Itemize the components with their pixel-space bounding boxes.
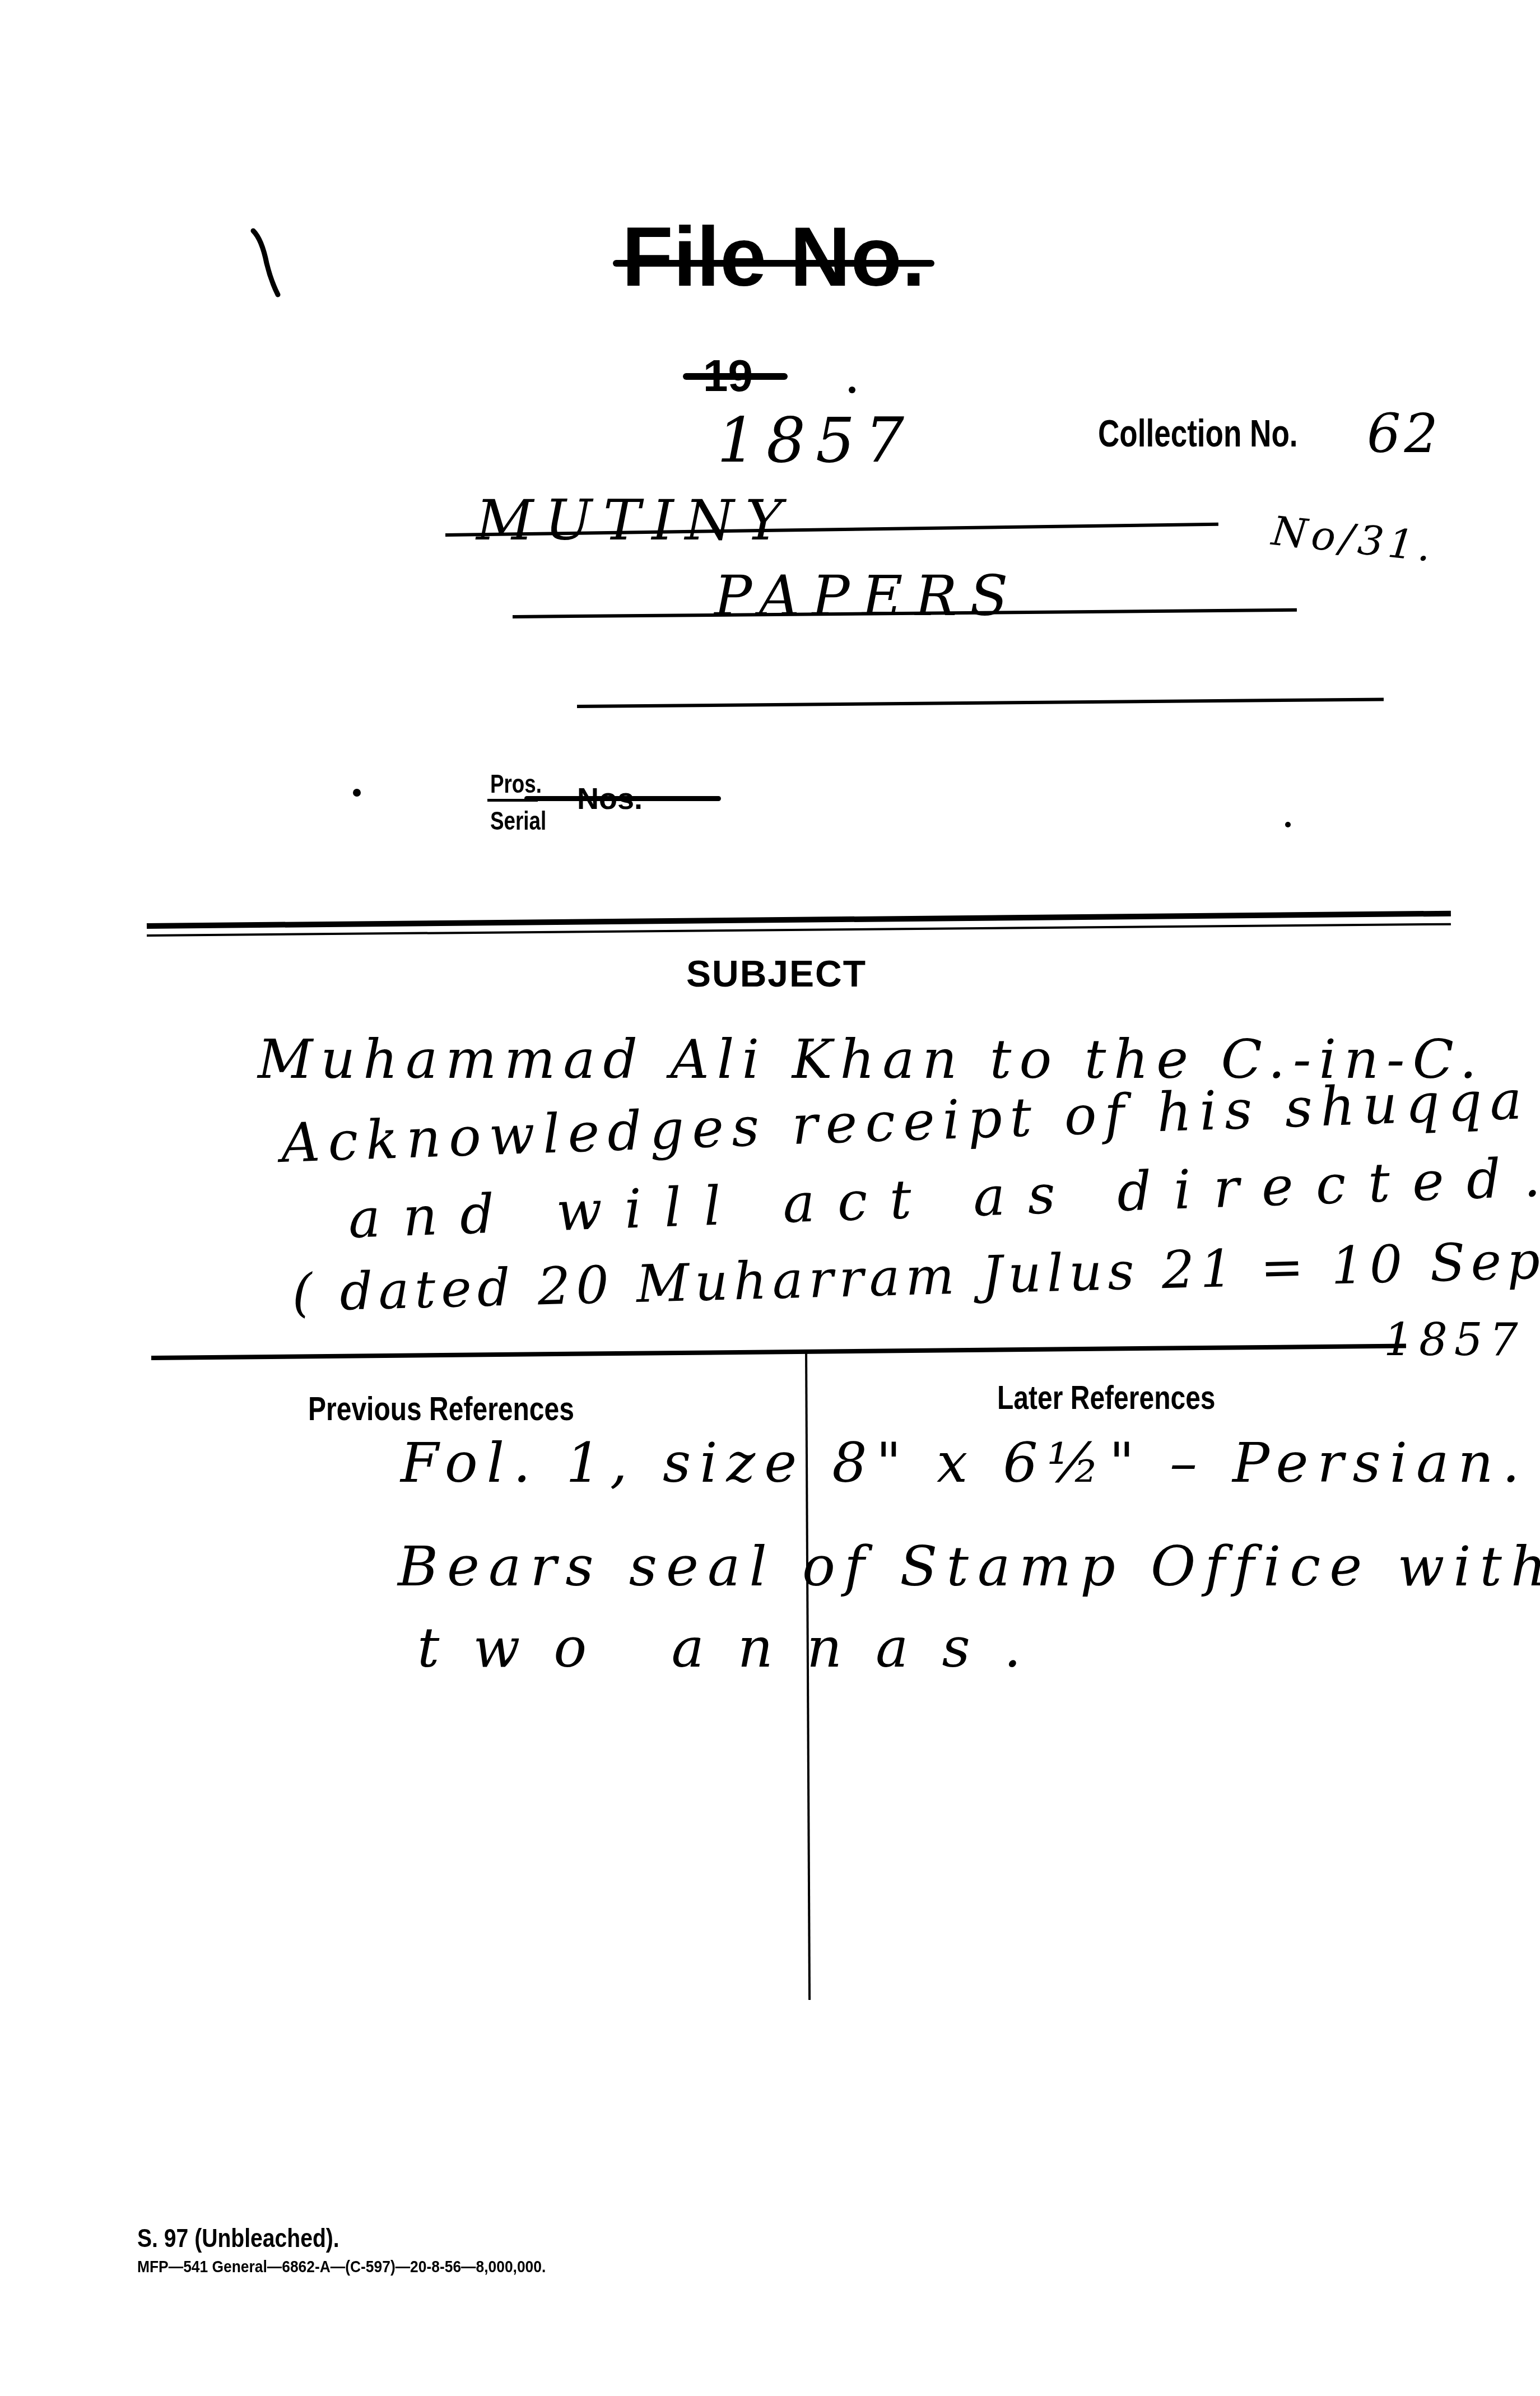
reference-note-line-3: two annas. bbox=[417, 1616, 1055, 1680]
collection-number-label: Collection No. bbox=[1098, 412, 1298, 455]
file-number-heading-text: File No. bbox=[622, 208, 925, 305]
sub-number-value: No/31. bbox=[1269, 507, 1437, 571]
reference-note-line-1: Fol. 1, size 8" x 6½" – Persian. bbox=[401, 1431, 1529, 1495]
title-line-1: MUTINY bbox=[476, 487, 793, 553]
later-references-label: Later References bbox=[997, 1378, 1216, 1417]
title-line-2: PAPERS bbox=[714, 563, 1020, 629]
file-number-heading: File No. bbox=[622, 208, 925, 305]
pros-label: Pros. bbox=[490, 769, 542, 799]
corner-pen-mark bbox=[246, 224, 291, 303]
title-underline-3 bbox=[577, 697, 1384, 708]
form-number: S. 97 (Unbleached). bbox=[137, 2223, 339, 2253]
previous-references-label: Previous References bbox=[308, 1389, 574, 1428]
ink-dot bbox=[1285, 822, 1291, 827]
reference-note-line-2: Bears seal of Stamp Office with bbox=[398, 1535, 1540, 1599]
nos-label-field: Nos. bbox=[577, 781, 643, 816]
year-printed-text: 19 bbox=[703, 350, 753, 402]
year-handwritten: 1857 bbox=[717, 404, 914, 476]
collection-number-value: 62 bbox=[1367, 403, 1441, 465]
references-rule bbox=[151, 1343, 1406, 1360]
subject-line-5: 1857 ) bbox=[1384, 1314, 1540, 1366]
year-printed-field: 19 bbox=[703, 350, 753, 402]
print-info: MFP—541 General—6862-A—(C-597)—20-8-56—8… bbox=[137, 2258, 546, 2277]
ink-dot bbox=[849, 387, 855, 393]
ink-dot bbox=[353, 789, 361, 797]
subject-heading: SUBJECT bbox=[686, 952, 867, 995]
serial-label: Serial bbox=[490, 806, 546, 836]
nos-label: Nos. bbox=[577, 781, 643, 816]
